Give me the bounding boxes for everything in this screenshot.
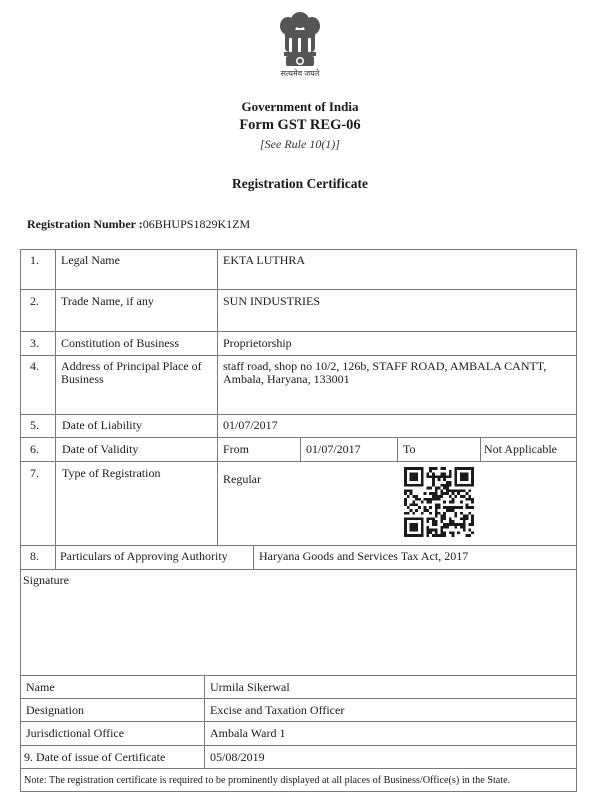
registration-number: Registration Number :06BHUPS1829K1ZM — [27, 217, 250, 232]
qr-code-icon — [404, 467, 474, 537]
rule-reference: [See Rule 10(1)] — [0, 137, 600, 152]
row-number: 2. — [22, 292, 55, 311]
type-of-registration-label: Type of Registration — [57, 464, 217, 483]
trade-name-value: SUN INDUSTRIES — [219, 292, 575, 311]
date-of-liability-value: 01/07/2017 — [219, 416, 575, 435]
row-number: 1. — [22, 251, 55, 270]
row-divider — [20, 289, 576, 290]
officer-name-value: Urmila Sikerwal — [206, 678, 576, 697]
type-of-registration-value: Regular — [219, 470, 339, 489]
row-divider — [20, 569, 576, 570]
date-of-validity-label: Date of Validity — [57, 440, 217, 459]
form-title: Form GST REG-06 — [0, 117, 600, 134]
validity-from-label: From — [219, 440, 300, 459]
row-number: 6. — [22, 440, 55, 459]
row-number: 3. — [22, 334, 55, 353]
table-border — [20, 249, 576, 250]
row-divider — [20, 545, 576, 546]
row-divider — [20, 698, 576, 699]
row-divider — [20, 355, 576, 356]
jurisdictional-office-label: Jurisdictional Office — [22, 724, 204, 743]
validity-to-value: Not Applicable — [482, 440, 576, 459]
certificate-title: Registration Certificate — [0, 176, 600, 192]
row-divider — [20, 721, 576, 722]
row-divider — [20, 768, 576, 769]
row-number: 5. — [22, 416, 55, 435]
constitution-value: Proprietorship — [219, 334, 575, 353]
registration-number-label: Registration Number : — [27, 217, 143, 231]
officer-name-label: Name — [22, 678, 204, 697]
column-divider — [480, 437, 481, 461]
trade-name-label: Trade Name, if any — [57, 292, 217, 311]
constitution-label: Constitution of Business — [57, 334, 217, 353]
registration-number-value: 06BHUPS1829K1ZM — [143, 217, 250, 231]
date-of-issue-value: 05/08/2019 — [206, 748, 576, 767]
table-border — [20, 249, 21, 791]
row-divider — [20, 414, 576, 415]
column-divider — [204, 675, 205, 768]
row-number: 4. — [22, 357, 55, 376]
table-border — [20, 791, 576, 792]
legal-name-value: EKTA LUTHRA — [219, 251, 575, 270]
approving-authority-label: Particulars of Approving Authority — [57, 547, 253, 566]
row-divider — [20, 675, 576, 676]
column-divider — [217, 249, 218, 545]
table-border — [576, 249, 577, 792]
date-of-issue-label: 9. Date of issue of Certificate — [22, 748, 204, 767]
validity-to-label: To — [399, 440, 480, 459]
column-divider — [300, 437, 301, 461]
legal-name-label: Legal Name — [57, 251, 217, 270]
row-number: 8. — [22, 547, 55, 566]
designation-value: Excise and Taxation Officer — [206, 701, 576, 720]
column-divider — [397, 437, 398, 461]
column-divider — [55, 249, 56, 569]
approving-authority-value: Haryana Goods and Services Tax Act, 2017 — [255, 547, 575, 566]
row-divider — [20, 461, 576, 462]
date-of-liability-label: Date of Liability — [57, 416, 217, 435]
display-note: Note: The registration certificate is re… — [22, 771, 576, 790]
address-value: staff road, shop no 10/2, 126b, STAFF RO… — [219, 357, 564, 389]
address-label: Address of Principal Place of Business — [57, 357, 217, 389]
row-divider — [20, 745, 576, 746]
row-divider — [20, 437, 576, 438]
row-divider — [20, 331, 576, 332]
emblem-motto: सत्यमेव जयते — [268, 68, 332, 79]
jurisdictional-office-value: Ambala Ward 1 — [206, 724, 576, 743]
row-number: 7. — [22, 464, 55, 483]
column-divider — [253, 545, 254, 569]
government-heading: Government of India — [0, 99, 600, 115]
designation-label: Designation — [22, 701, 204, 720]
validity-from-value: 01/07/2017 — [302, 440, 397, 459]
signature-label: Signature — [21, 571, 221, 590]
signature-area — [21, 590, 575, 674]
